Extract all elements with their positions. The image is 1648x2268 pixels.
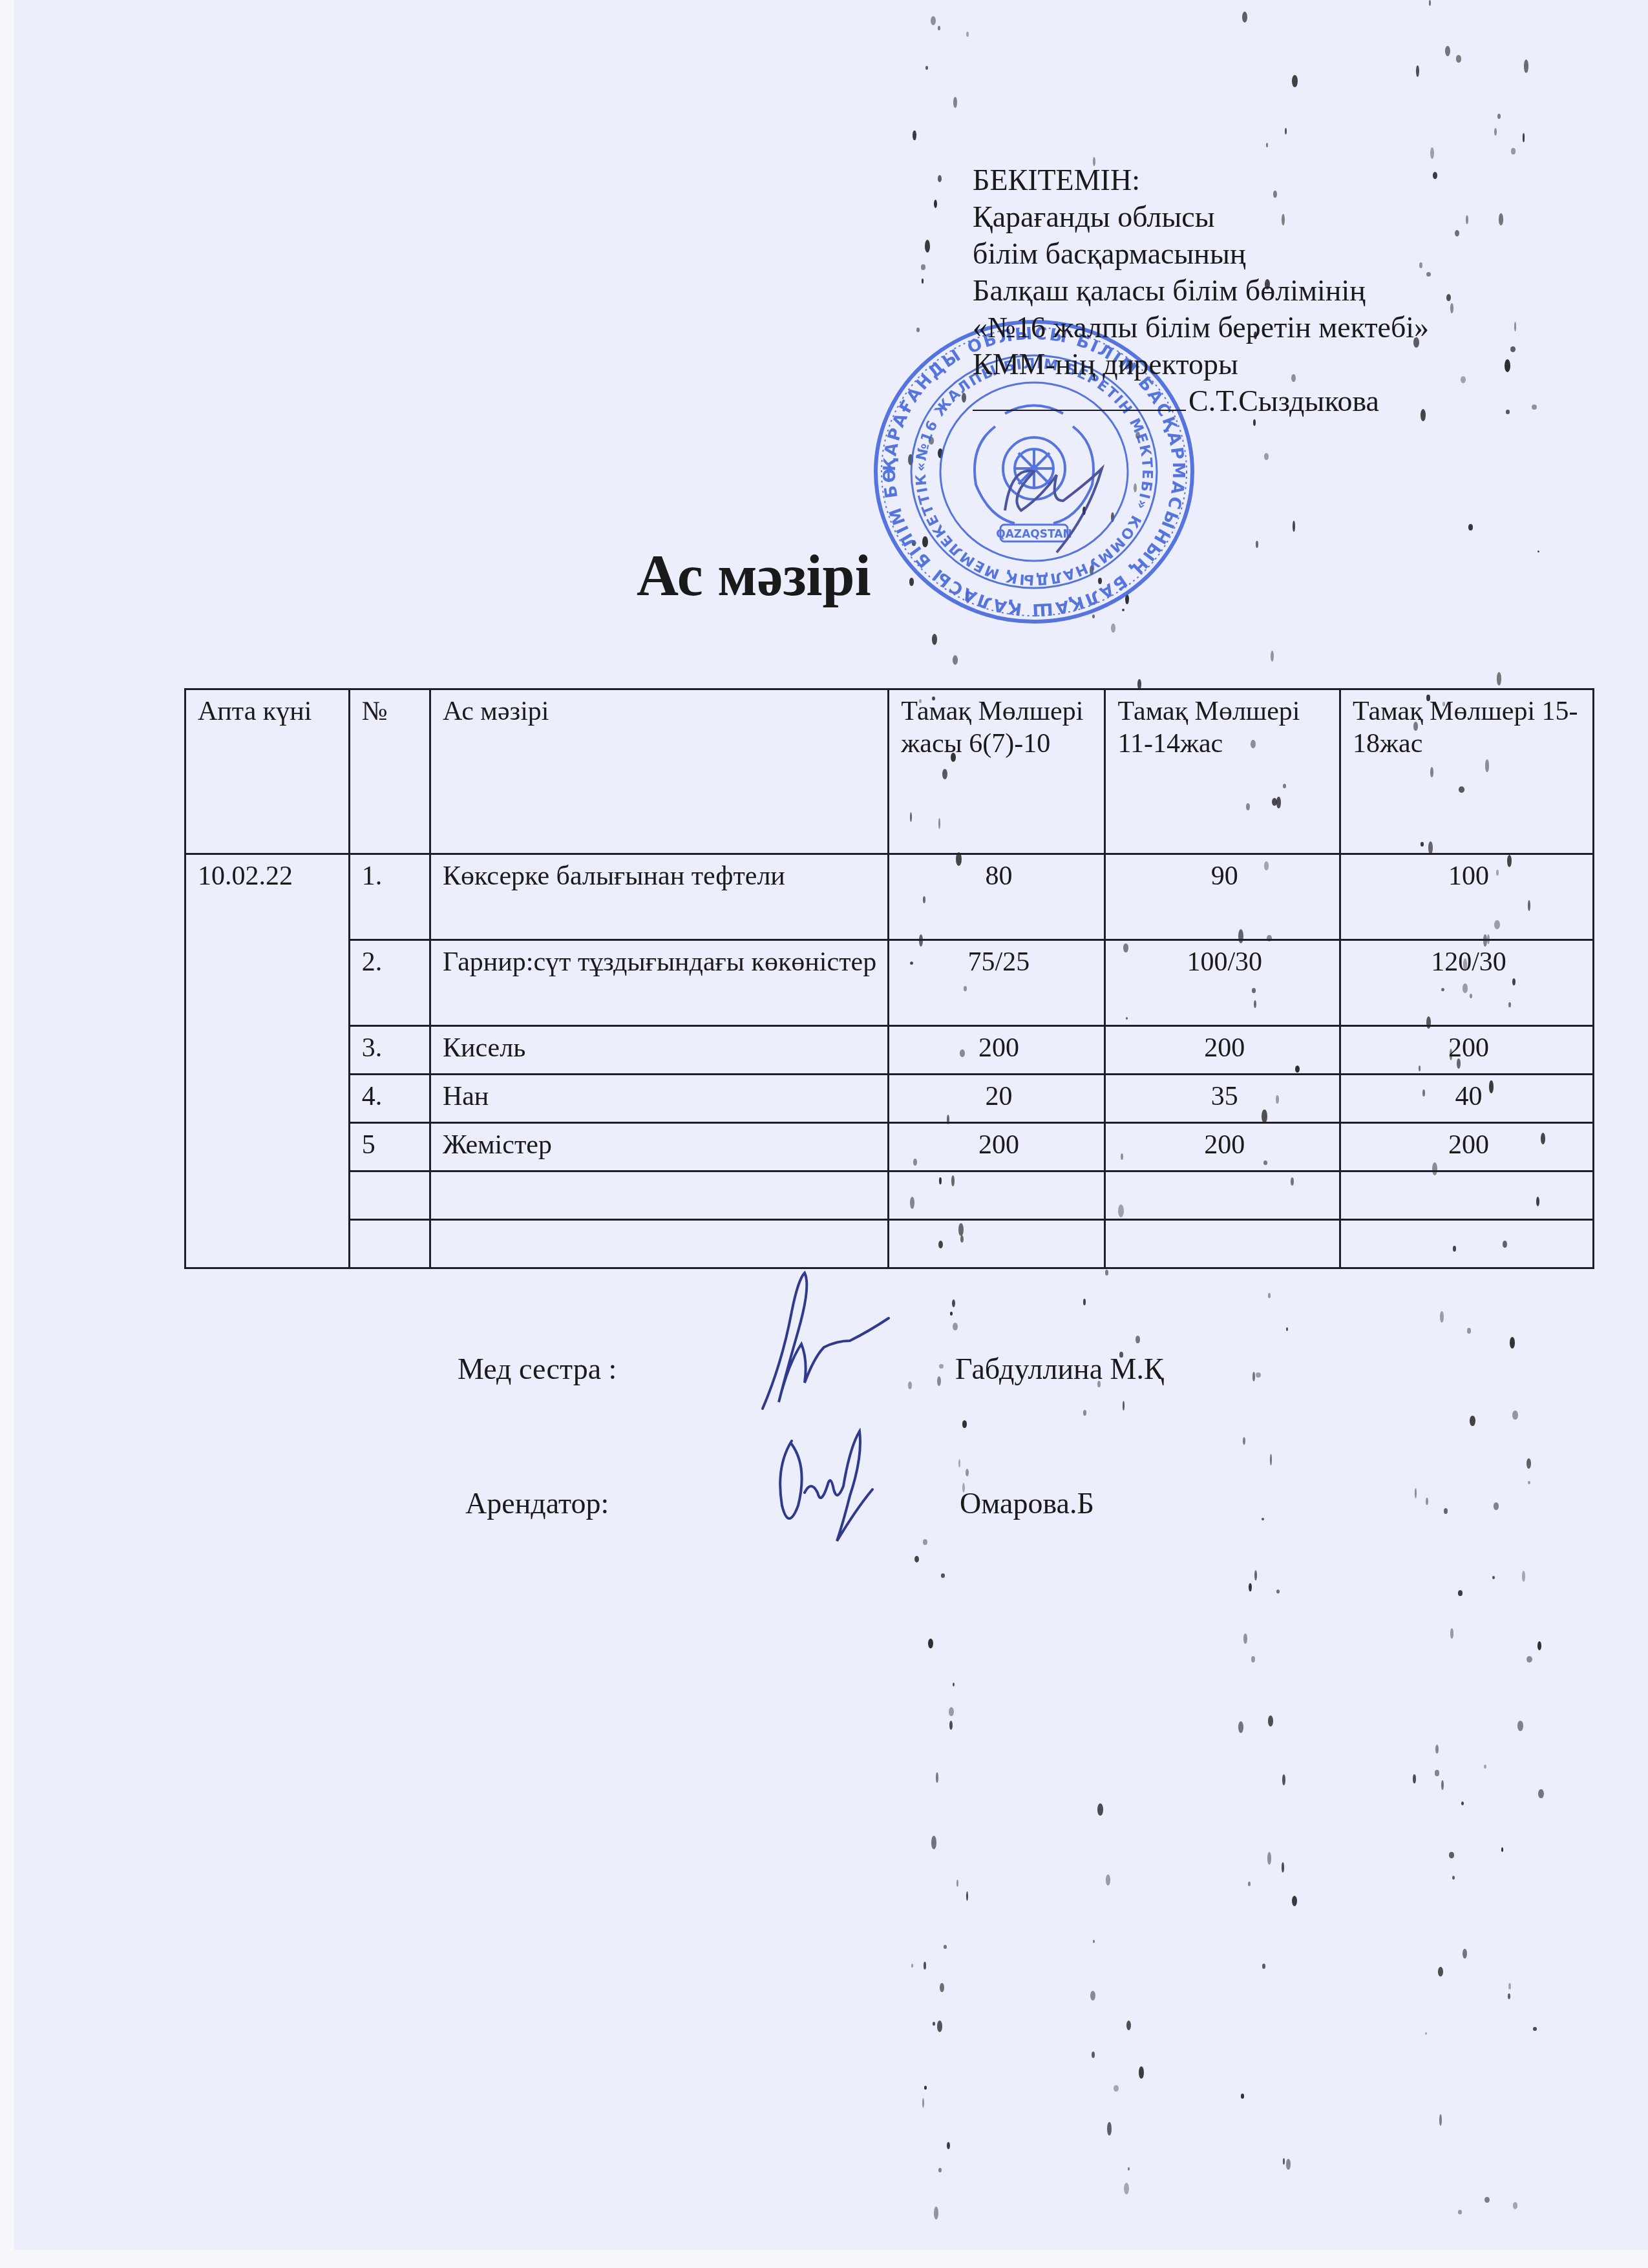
portion-15-18: 100 bbox=[1340, 854, 1594, 940]
portion-6-10: 200 bbox=[889, 1026, 1105, 1075]
tenant-signature-icon bbox=[772, 1428, 902, 1564]
nurse-signature-icon bbox=[756, 1270, 937, 1418]
portion-6-10: 200 bbox=[889, 1123, 1105, 1171]
date-cell: 10.02.22 bbox=[185, 854, 350, 1268]
portion-6-10: 80 bbox=[889, 854, 1105, 940]
row-number: 3. bbox=[349, 1026, 430, 1075]
page-title: Ас мәзірі bbox=[637, 543, 871, 609]
approval-line: білім басқармасының bbox=[973, 235, 1429, 272]
portion-15-18 bbox=[1340, 1220, 1594, 1268]
header-age-15-18: Тамақ Мөлшері 15-18жас bbox=[1340, 689, 1594, 854]
portion-15-18: 200 bbox=[1340, 1123, 1594, 1171]
portion-15-18: 120/30 bbox=[1340, 940, 1594, 1026]
row-number: 5 bbox=[349, 1123, 430, 1171]
approval-line: КММ-нің директоры bbox=[973, 346, 1429, 383]
header-day: Апта күні bbox=[185, 689, 350, 854]
approval-block: БЕКІТЕМІН: Қарағанды облысы білім басқар… bbox=[973, 162, 1429, 419]
portion-11-14: 200 bbox=[1105, 1123, 1340, 1171]
approval-line: Қарағанды облысы bbox=[973, 198, 1429, 235]
scan-margin-left bbox=[0, 0, 14, 2268]
dish-name: Кисель bbox=[430, 1026, 888, 1075]
portion-11-14: 200 bbox=[1105, 1026, 1340, 1075]
header-age-6-10: Тамақ Мөлшері жасы 6(7)-10 bbox=[889, 689, 1105, 854]
portion-11-14 bbox=[1105, 1171, 1340, 1220]
dish-name bbox=[430, 1171, 888, 1220]
row-number: 2. bbox=[349, 940, 430, 1026]
scan-margin-bottom bbox=[0, 2250, 1648, 2268]
table-row: 5 Жемістер 200 200 200 bbox=[185, 1123, 1594, 1171]
svg-text:QAZAQSTAN: QAZAQSTAN bbox=[996, 528, 1072, 541]
row-number bbox=[349, 1171, 430, 1220]
portion-11-14: 100/30 bbox=[1105, 940, 1340, 1026]
row-number: 4. bbox=[349, 1075, 430, 1123]
table-row: 3. Кисель 200 200 200 bbox=[185, 1026, 1594, 1075]
approval-line: Балқаш қаласы білім бөлімінің bbox=[973, 272, 1429, 309]
tenant-name: Омарова.Б bbox=[960, 1486, 1094, 1520]
header-number: № bbox=[349, 689, 430, 854]
table-row-empty bbox=[185, 1220, 1594, 1268]
table-row: 10.02.22 1. Көксерке балығынан тефтели 8… bbox=[185, 854, 1594, 940]
row-number: 1. bbox=[349, 854, 430, 940]
portion-11-14 bbox=[1105, 1220, 1340, 1268]
portion-6-10 bbox=[889, 1220, 1105, 1268]
director-signature-row: С.Т.Сыздыкова bbox=[973, 383, 1429, 419]
approval-heading: БЕКІТЕМІН: bbox=[973, 162, 1429, 198]
dish-name bbox=[430, 1220, 888, 1268]
portion-6-10: 75/25 bbox=[889, 940, 1105, 1026]
table-row: 4. Нан 20 35 40 bbox=[185, 1075, 1594, 1123]
dish-name: Жемістер bbox=[430, 1123, 888, 1171]
portion-6-10 bbox=[889, 1171, 1105, 1220]
menu-table: Апта күні № Ас мәзірі Тамақ Мөлшері жасы… bbox=[184, 688, 1594, 1269]
approval-line: «№16 жалпы білім беретін мектебі» bbox=[973, 309, 1429, 346]
director-name: С.Т.Сыздыкова bbox=[1188, 384, 1379, 417]
table-row-empty bbox=[185, 1171, 1594, 1220]
portion-15-18: 200 bbox=[1340, 1026, 1594, 1075]
row-number bbox=[349, 1220, 430, 1268]
portion-11-14: 35 bbox=[1105, 1075, 1340, 1123]
signature-line bbox=[973, 384, 1186, 411]
header-age-11-14: Тамақ Мөлшері 11-14жас bbox=[1105, 689, 1340, 854]
portion-15-18: 40 bbox=[1340, 1075, 1594, 1123]
nurse-label: Мед сестра : bbox=[458, 1352, 617, 1386]
dish-name: Көксерке балығынан тефтели bbox=[430, 854, 888, 940]
nurse-name: Габдуллина М.Қ bbox=[955, 1352, 1164, 1386]
table-row: 2. Гарнир:сүт тұздығындағы көкөністер 75… bbox=[185, 940, 1594, 1026]
portion-15-18 bbox=[1340, 1171, 1594, 1220]
table-header-row: Апта күні № Ас мәзірі Тамақ Мөлшері жасы… bbox=[185, 689, 1594, 854]
dish-name: Гарнир:сүт тұздығындағы көкөністер bbox=[430, 940, 888, 1026]
header-menu: Ас мәзірі bbox=[430, 689, 888, 854]
dish-name: Нан bbox=[430, 1075, 888, 1123]
portion-6-10: 20 bbox=[889, 1075, 1105, 1123]
tenant-label: Арендатор: bbox=[465, 1486, 609, 1520]
portion-11-14: 90 bbox=[1105, 854, 1340, 940]
